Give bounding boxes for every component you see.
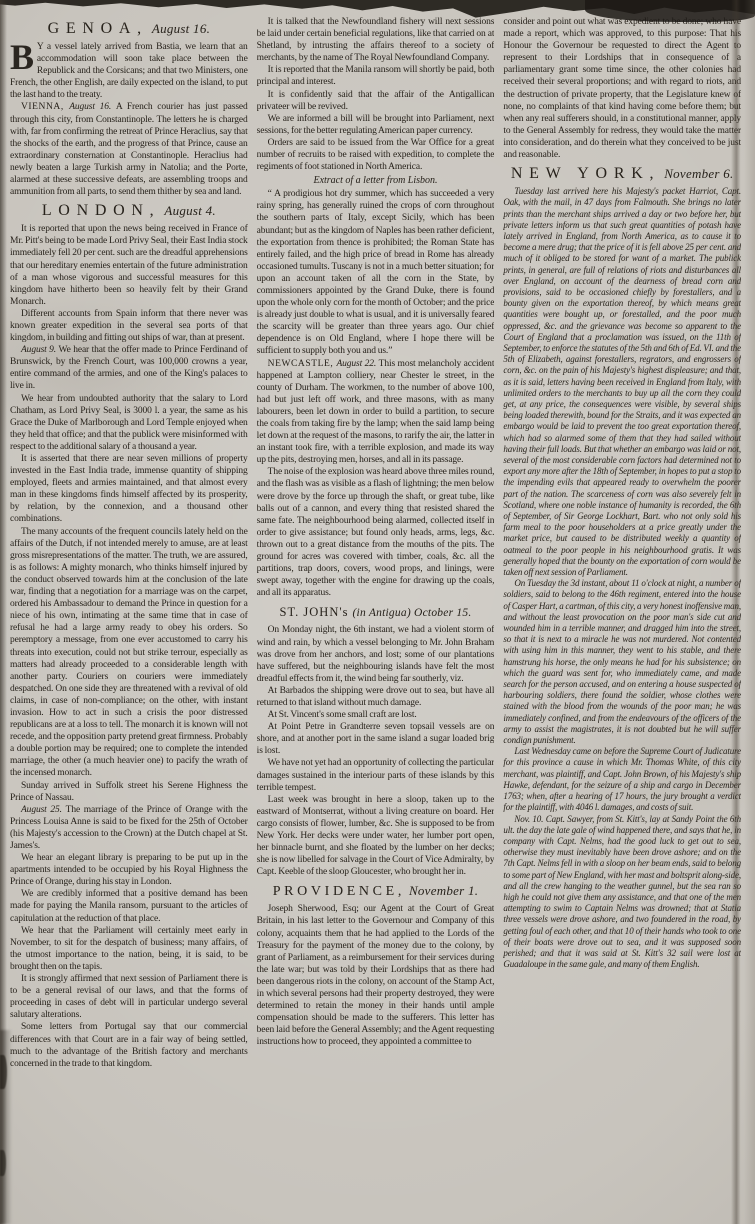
news-paragraph: consider and point out what was expedien… (503, 16, 741, 161)
dateline-london: LONDON, August 4. (10, 202, 248, 220)
news-paragraph: Different accounts from Spain inform tha… (10, 308, 248, 344)
news-paragraph: Some letters from Portugal say that our … (10, 1021, 248, 1069)
news-paragraph: Sunday arrived in Suffolk street his Ser… (10, 780, 248, 804)
news-paragraph: BY a vessel lately arrived from Bastia, … (10, 41, 248, 101)
newspaper-column-3: consider and point out what was expedien… (503, 16, 741, 1224)
dateline-date: November 6. (664, 166, 733, 181)
ink-smudge-mark (0, 1055, 7, 1089)
paragraph-date: August 22. (336, 359, 378, 369)
paragraph-date: August 16. (69, 102, 116, 112)
dateline-city: GENOA, (48, 20, 148, 37)
dateline-newyork: NEW YORK, November 6. (503, 165, 741, 183)
news-paragraph: Last Wednesday came on before the Suprem… (503, 746, 741, 813)
newspaper-column-2: It is talked that the Newfoundland fishe… (257, 16, 495, 1224)
news-paragraph: It is reported that upon the news being … (10, 223, 248, 308)
dateline-city: ST. JOHN's (280, 605, 349, 619)
dateline-stjohns: ST. JOHN's (in Antigua) October 15. (257, 603, 495, 621)
page-edge-right (744, 0, 755, 1224)
news-paragraph: At Point Petre in Grandterre seven topsa… (257, 721, 495, 757)
dateline-providence: PROVIDENCE, November 1. (257, 882, 495, 900)
extract-caption: Extract of a letter from Lisbon. (257, 174, 495, 187)
dateline-city: LONDON, (42, 202, 161, 219)
news-paragraph: We hear that the Parliament will certain… (10, 925, 248, 973)
dateline-date: (in Antigua) October 15. (352, 607, 471, 619)
paragraph-lead: VIENNA, (21, 102, 69, 112)
news-paragraph: It is talked that the Newfoundland fishe… (257, 16, 495, 64)
ink-smudge-mark (0, 1150, 6, 1176)
paragraph-lead: NEWCASTLE, (268, 359, 337, 369)
news-paragraph: It is asserted that there are near seven… (10, 453, 248, 526)
drop-cap: B (10, 41, 37, 72)
dateline-city: NEW YORK, (511, 165, 660, 182)
news-paragraph: It is reported that the Manila ransom wi… (257, 64, 495, 88)
news-paragraph: At St. Vincent's some small craft are lo… (257, 709, 495, 721)
dateline-date: August 16. (152, 21, 210, 36)
paragraph-date: August 9. (21, 345, 59, 355)
news-paragraph: “ A prodigious hot dry summer, which has… (257, 188, 495, 357)
news-paragraph: It is strongly affirmed that next sessio… (10, 973, 248, 1021)
news-paragraph: We are credibly informed that a positive… (10, 888, 248, 924)
dateline-city: PROVIDENCE, (273, 884, 405, 899)
news-paragraph: The noise of the explosion was heard abo… (257, 466, 495, 599)
news-paragraph: Tuesday last arrived here his Majesty's … (503, 186, 741, 578)
news-paragraph: NEWCASTLE, August 22. This most melancho… (257, 358, 495, 467)
dateline-date: November 1. (409, 883, 478, 898)
news-paragraph: Joseph Sherwood, Esq; our Agent at the C… (257, 903, 495, 1048)
paragraph-date: August 25. (21, 805, 66, 815)
news-paragraph: The many accounts of the frequent counci… (10, 526, 248, 780)
news-paragraph: On Tuesday the 3d instant, about 11 o'cl… (503, 578, 741, 746)
paragraph-date: Nov. 10. (514, 814, 545, 824)
news-paragraph: VIENNA, August 16. A French courier has … (10, 101, 248, 198)
news-paragraph: August 25. The marriage of the Prince of… (10, 804, 248, 852)
news-paragraph: Nov. 10. Capt. Sawyer, from St. Kitt's, … (503, 814, 741, 971)
newspaper-page-scan: { "colors": { "paper": "#c8c4bd", "ink":… (0, 0, 755, 1224)
news-paragraph: We have not yet had an opportunity of co… (257, 757, 495, 793)
news-paragraph: We hear from undoubted authority that th… (10, 393, 248, 453)
news-paragraph: August 9. We hear that the offer made to… (10, 344, 248, 392)
news-paragraph: It is confidently said that the affair o… (257, 89, 495, 113)
news-paragraph: We are informed a bill will be brought i… (257, 113, 495, 137)
news-paragraph: Orders are said to be issued from the Wa… (257, 137, 495, 173)
news-paragraph: At Barbados the shipping were drove out … (257, 685, 495, 709)
columns: GENOA, August 16.BY a vessel lately arri… (10, 16, 741, 1224)
page-edge-left (0, 0, 7, 1224)
newspaper-column-1: GENOA, August 16.BY a vessel lately arri… (10, 16, 248, 1224)
news-paragraph: On Monday night, the 6th instant, we had… (257, 624, 495, 684)
news-paragraph: Last week was brought in here a sloop, t… (257, 794, 495, 879)
news-paragraph: We hear an elegant library is preparing … (10, 852, 248, 888)
dateline-date: August 4. (164, 203, 215, 218)
dateline-genoa: GENOA, August 16. (10, 20, 248, 38)
